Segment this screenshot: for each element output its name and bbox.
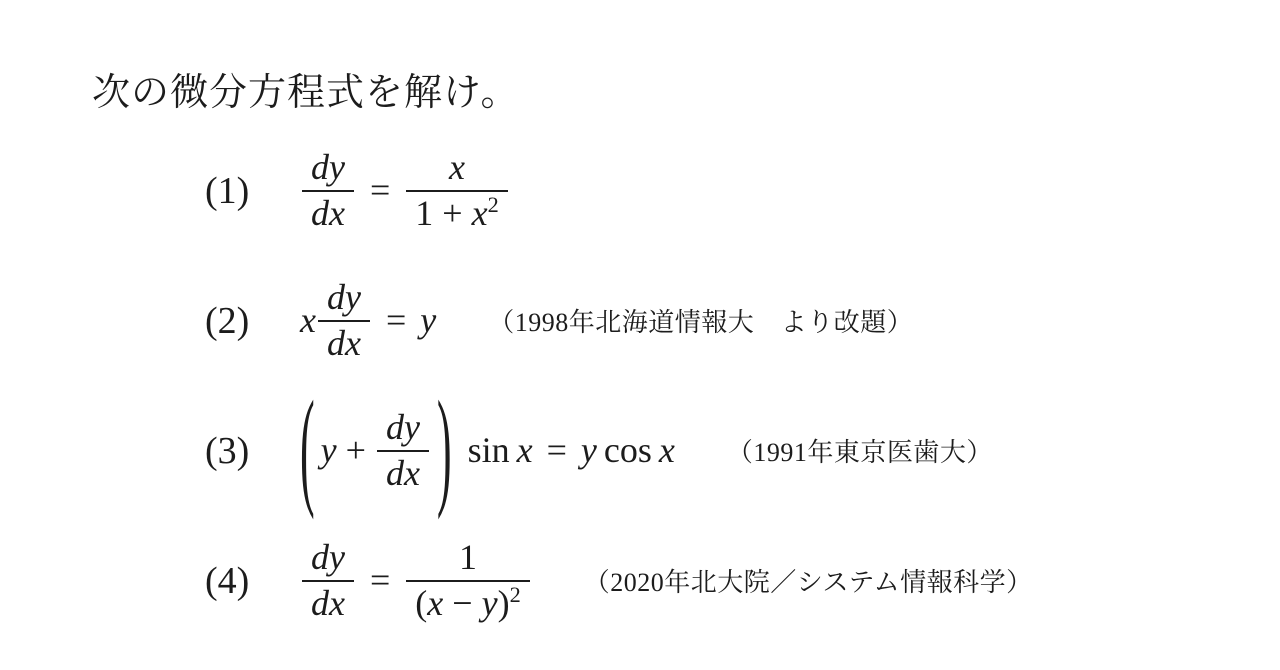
problem-label: (2)	[205, 299, 300, 343]
minus-sign: −	[443, 583, 481, 623]
coefficient-y: y	[581, 431, 597, 471]
rhs-variable-y: y	[420, 301, 436, 341]
equation-2: x dy dx = y	[300, 279, 436, 363]
source-annotation: （1998年北海道情報大 より改題）	[488, 302, 913, 339]
problem-label: (4)	[205, 559, 300, 603]
source-annotation: （2020年北大院／システム情報科学）	[584, 562, 1033, 599]
open-parenthesis: (	[415, 583, 427, 623]
denominator-variable: x	[472, 193, 488, 233]
numerator: 1	[450, 539, 486, 580]
coefficient-x: x	[300, 301, 316, 341]
denominator: (x − y)2	[406, 580, 529, 623]
fraction-dy-dx: dy dx	[377, 409, 429, 493]
fraction-rhs: 1 (x − y)2	[406, 539, 529, 623]
variable-y: y	[482, 583, 498, 623]
equals-sign: =	[386, 301, 406, 341]
sin-function: sin	[468, 431, 510, 471]
fraction-dy-dx: dy dx	[302, 539, 354, 623]
numerator: x	[440, 149, 474, 190]
problem-label: (3)	[205, 429, 300, 473]
problem-list: (1) dy dx = x 1 + x2 (2) x dy dx	[205, 126, 1280, 646]
equals-sign: =	[370, 561, 390, 601]
problem-row-2: (2) x dy dx = y （1998年北海道情報大 より改題）	[205, 256, 1280, 386]
problem-row-3: (3) ( y + dy dx ) sin x = y cos x （1991年…	[205, 386, 1280, 516]
variable-x: x	[427, 583, 443, 623]
problem-row-4: (4) dy dx = 1 (x − y)2 （2020年北大院／システム情報科…	[205, 516, 1280, 646]
open-parenthesis: (	[300, 383, 315, 515]
exponent: 2	[510, 582, 521, 607]
equation-3: ( y + dy dx ) sin x = y cos x	[300, 409, 675, 493]
cos-function: cos	[604, 431, 652, 471]
page-title: 次の微分方程式を解け。	[92, 72, 1280, 116]
inner-variable-y: y	[321, 431, 337, 471]
denominator: dx	[318, 320, 370, 363]
equation-4: dy dx = 1 (x − y)2	[300, 539, 532, 623]
cos-argument-x: x	[659, 431, 675, 471]
equation-1: dy dx = x 1 + x2	[300, 149, 510, 233]
fraction-rhs: x 1 + x2	[406, 149, 507, 233]
exponent: 2	[488, 192, 499, 217]
equals-sign: =	[370, 171, 390, 211]
problem-row-1: (1) dy dx = x 1 + x2	[205, 126, 1280, 256]
denominator: dx	[377, 450, 429, 493]
problem-sheet: 次の微分方程式を解け。 (1) dy dx = x 1 + x2 (2) x	[0, 0, 1280, 670]
denominator-constant: 1 +	[415, 193, 471, 233]
plus-sign: +	[337, 431, 375, 471]
numerator: dy	[377, 409, 429, 450]
equals-sign: =	[547, 431, 567, 471]
close-parenthesis: )	[498, 583, 510, 623]
numerator: dy	[302, 539, 354, 580]
numerator: dy	[302, 149, 354, 190]
problem-label: (1)	[205, 169, 300, 213]
fraction-dy-dx: dy dx	[302, 149, 354, 233]
close-parenthesis: )	[437, 383, 452, 515]
numerator: dy	[318, 279, 370, 320]
fraction-dy-dx: dy dx	[318, 279, 370, 363]
sin-argument-x: x	[517, 431, 533, 471]
denominator: dx	[302, 580, 354, 623]
source-annotation: （1991年東京医歯大）	[727, 432, 993, 469]
denominator: 1 + x2	[406, 190, 507, 233]
denominator: dx	[302, 190, 354, 233]
